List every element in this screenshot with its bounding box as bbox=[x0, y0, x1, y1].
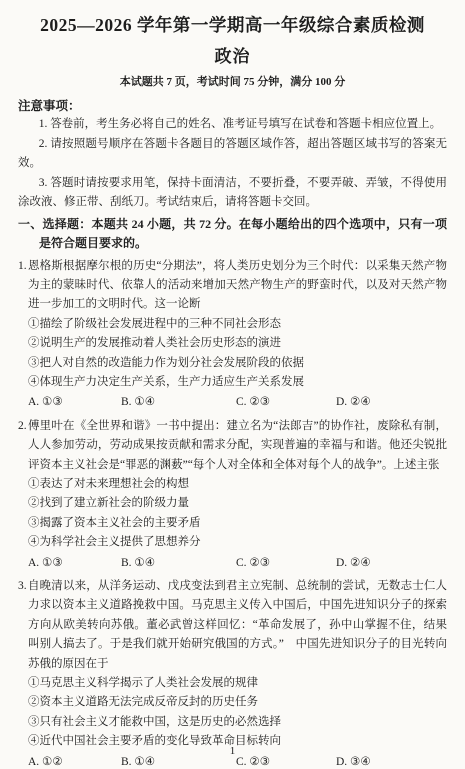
notice-item-1: 1. 答卷前，考生务必将自己的姓名、准考证号填写在试卷和答题卡相应位置上。 bbox=[18, 115, 447, 135]
question-2-statement-4: ④为科学社会主义提供了思想养分 bbox=[28, 533, 447, 552]
notice-heading: 注意事项： bbox=[18, 98, 447, 115]
question-2-stem: 傅里叶在《全世界和谐》一书中提出：建立名为“法郎吉”的协作社，废除私有制，人人参… bbox=[28, 417, 447, 475]
question-3-stem: 自晚清以来，从洋务运动、戊戌变法到君主立宪制、总统制的尝试，无数志士仁人力求以资… bbox=[28, 577, 447, 674]
question-1-option-d: D. ②④ bbox=[336, 393, 371, 412]
question-2-option-c: C. ②③ bbox=[236, 554, 336, 573]
question-3-statement-1: ①马克思主义科学揭示了人类社会发展的规律 bbox=[28, 674, 447, 693]
question-1-option-a: A. ①③ bbox=[28, 393, 121, 412]
question-1-options: A. ①③ B. ①④ C. ②③ D. ②④ bbox=[28, 393, 447, 412]
question-2-statement-2: ②找到了建立新社会的阶级力量 bbox=[28, 494, 447, 513]
question-3-statement-2: ②资本主义道路无法完成反帝反封的历史任务 bbox=[28, 693, 447, 712]
question-1-statement-1: ①描绘了阶级社会发展进程中的三种不同社会形态 bbox=[28, 315, 447, 334]
question-2: 2. 傅里叶在《全世界和谐》一书中提出：建立名为“法郎吉”的协作社，废除私有制，… bbox=[18, 417, 447, 573]
question-1-stem: 恩格斯根据摩尔根的历史“分期法”，将人类历史划分为三个时代：以采集天然产物为主的… bbox=[28, 257, 447, 315]
question-2-option-b: B. ①④ bbox=[121, 554, 236, 573]
page-number: 1 bbox=[0, 745, 465, 757]
question-1-option-b: B. ①④ bbox=[121, 393, 236, 412]
question-2-statement-1: ①表达了对未来理想社会的构想 bbox=[28, 475, 447, 494]
exam-title: 2025—2026 学年第一学期高一年级综合素质检测 bbox=[18, 14, 447, 37]
question-2-number: 2. bbox=[18, 417, 27, 436]
question-3: 3. 自晚清以来，从洋务运动、戊戌变法到君主立宪制、总统制的尝试，无数志士仁人力… bbox=[18, 577, 447, 769]
exam-subject: 政治 bbox=[18, 46, 447, 68]
question-3-statement-3: ③只有社会主义才能救中国，这是历史的必然选择 bbox=[28, 713, 447, 732]
question-1-option-c: C. ②③ bbox=[236, 393, 336, 412]
question-2-option-d: D. ②④ bbox=[336, 554, 371, 573]
notice-item-3: 3. 答题时请按要求用笔，保持卡面清洁，不要折叠，不要弄破、弄皱，不得使用涂改液… bbox=[18, 174, 447, 213]
question-1-statement-2: ②说明生产的发展推动着人类社会历史形态的演进 bbox=[28, 334, 447, 353]
question-1-statement-3: ③把人对自然的改造能力作为划分社会发展阶段的依据 bbox=[28, 354, 447, 373]
question-1-number: 1. bbox=[18, 257, 27, 276]
exam-paper-page: 2025—2026 学年第一学期高一年级综合素质检测 政治 本试题共 7 页，考… bbox=[0, 0, 465, 769]
question-3-number: 3. bbox=[18, 577, 27, 596]
question-2-options: A. ①③ B. ①④ C. ②③ D. ②④ bbox=[28, 554, 447, 573]
exam-info: 本试题共 7 页，考试时间 75 分钟，满分 100 分 bbox=[18, 75, 447, 90]
question-2-option-a: A. ①③ bbox=[28, 554, 121, 573]
section-header: 一、选择题：本题共 24 小题，共 72 分。在每小题给出的四个选项中，只有一项… bbox=[18, 215, 447, 253]
notice-item-2: 2. 请按照题号顺序在答题卡各题目的答题区域作答，超出答题区域书写的答案无效。 bbox=[18, 135, 447, 174]
question-2-statement-3: ③揭露了资本主义社会的主要矛盾 bbox=[28, 514, 447, 533]
question-1: 1. 恩格斯根据摩尔根的历史“分期法”，将人类历史划分为三个时代：以采集天然产物… bbox=[18, 257, 447, 413]
question-1-statement-4: ④体现生产力决定生产关系，生产力适应生产关系发展 bbox=[28, 373, 447, 392]
